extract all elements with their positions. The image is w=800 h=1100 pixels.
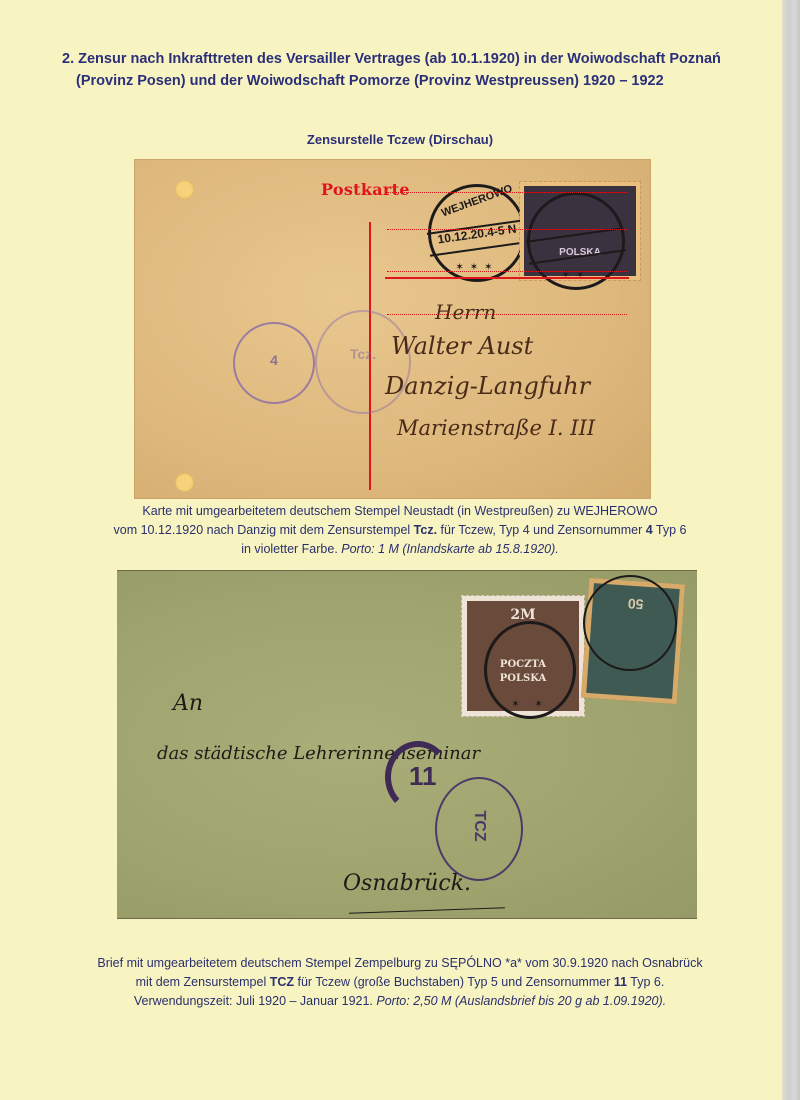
section-subheading: Zensurstelle Tczew (Dirschau) <box>0 132 800 147</box>
address-underline <box>385 277 629 279</box>
censor-tcz-stamp: TCZ <box>435 777 523 881</box>
envelope-image: 2M POCZTA POLSKA ✶ ✶ 50 An das städtisch… <box>117 571 697 918</box>
address-street: Marienstraße I. III <box>397 416 595 440</box>
punch-hole <box>175 473 194 492</box>
postmark-cancel: WEJHEROWO 10.12.20.4-5 N ✶✶✶ <box>428 184 526 282</box>
address-an: An <box>173 691 203 716</box>
page-edge <box>782 0 800 1100</box>
address-salutation: Herrn <box>435 300 496 324</box>
address-city: Osnabrück. <box>343 871 471 896</box>
postcard-image: Postkarte WEJHEROWO 10.12.20.4-5 N ✶✶✶ P… <box>135 160 650 498</box>
postkarte-title: Postkarte <box>321 180 410 199</box>
address-line <box>387 271 627 272</box>
address-underline <box>349 907 505 913</box>
censor-number-stamp: 4 <box>233 322 315 404</box>
postcard-caption: Karte mit umgearbeitetem deutschem Stemp… <box>40 502 760 559</box>
postmark-cancel-2 <box>583 575 677 671</box>
heading-line-1: 2. Zensur nach Inkrafttreten des Versail… <box>62 51 721 67</box>
postmark-cancel: ✶ ✶ <box>484 621 576 719</box>
address-city: Danzig-Langfuhr <box>385 372 590 400</box>
address-line <box>387 192 627 193</box>
punch-hole <box>175 180 194 199</box>
heading-line-2: (Provinz Posen) und der Woiwodschaft Pom… <box>62 70 742 92</box>
envelope-caption: Brief mit umgearbeitetem deutschem Stemp… <box>40 954 760 1011</box>
postmark-cancel-2: ✶✶ <box>527 192 625 290</box>
address-line <box>387 229 627 230</box>
address-line <box>387 314 627 315</box>
address-name: Walter Aust <box>391 332 533 360</box>
page-heading: 2. Zensur nach Inkrafttreten des Versail… <box>62 48 742 92</box>
